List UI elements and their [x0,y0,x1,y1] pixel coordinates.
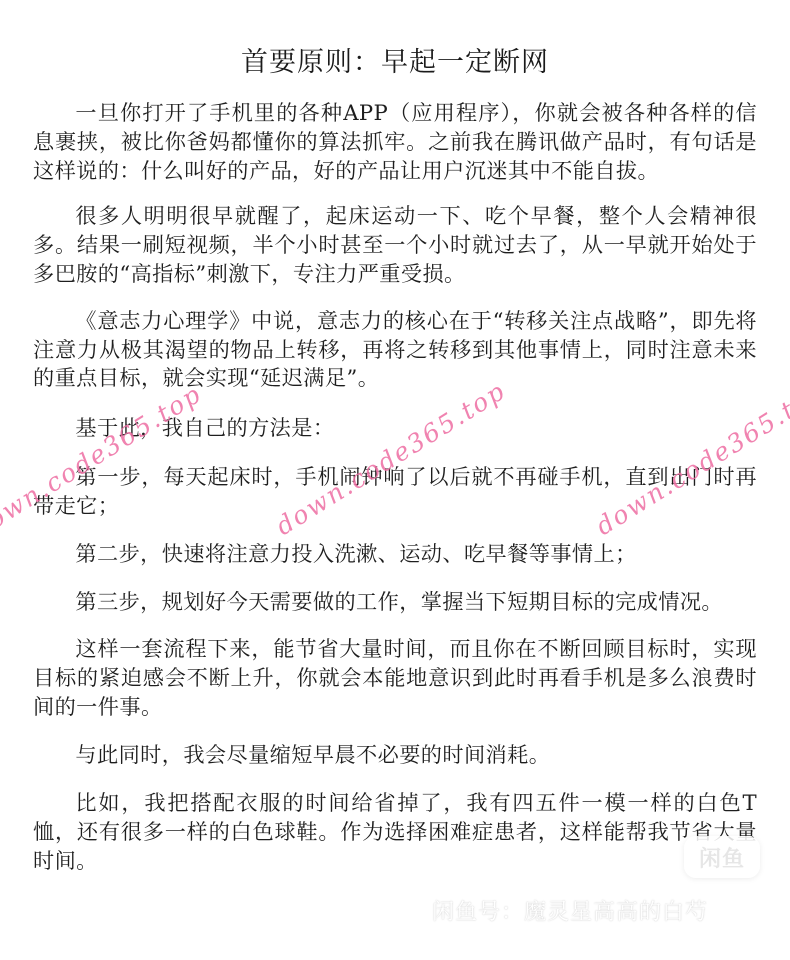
paragraph: 基于此，我自己的方法是： [33,414,757,443]
xianyu-logo-watermark: 闲鱼 [684,836,760,878]
article-body: 一旦你打开了手机里的各种APP（应用程序），你就会被各种各样的信息裹挟，被比你爸… [33,99,757,896]
paragraph: 这样一套流程下来，能节省大量时间，而且你在不断回顾目标时，实现目标的紧迫感会不断… [33,635,757,721]
paragraph: 第二步，快速将注意力投入洗漱、运动、吃早餐等事情上； [33,540,757,569]
paragraph: 第一步，每天起床时，手机闹钟响了以后就不再碰手机，直到出门时再带走它； [33,463,757,521]
page-title: 首要原则：早起一定断网 [0,40,790,79]
document-page: 首要原则：早起一定断网 一旦你打开了手机里的各种APP（应用程序），你就会被各种… [0,0,790,960]
paragraph: 与此同时，我会尽量缩短早晨不必要的时间消耗。 [33,741,757,770]
paragraph: 第三步，规划好今天需要做的工作，掌握当下短期目标的完成情况。 [33,588,757,617]
xianyu-id-watermark: 闲鱼号：魔灵星高高的白芍 [432,895,708,926]
paragraph: 比如，我把搭配衣服的时间给省掉了，我有四五件一模一样的白色T恤，还有很多一样的白… [33,789,757,875]
paragraph: 一旦你打开了手机里的各种APP（应用程序），你就会被各种各样的信息裹挟，被比你爸… [33,99,757,185]
paragraph: 很多人明明很早就醒了，起床运动一下、吃个早餐，整个人会精神很多。结果一刷短视频，… [33,202,757,288]
paragraph: 《意志力心理学》中说，意志力的核心在于“转移关注点战略”，即先将注意力从极其渴望… [33,307,757,393]
